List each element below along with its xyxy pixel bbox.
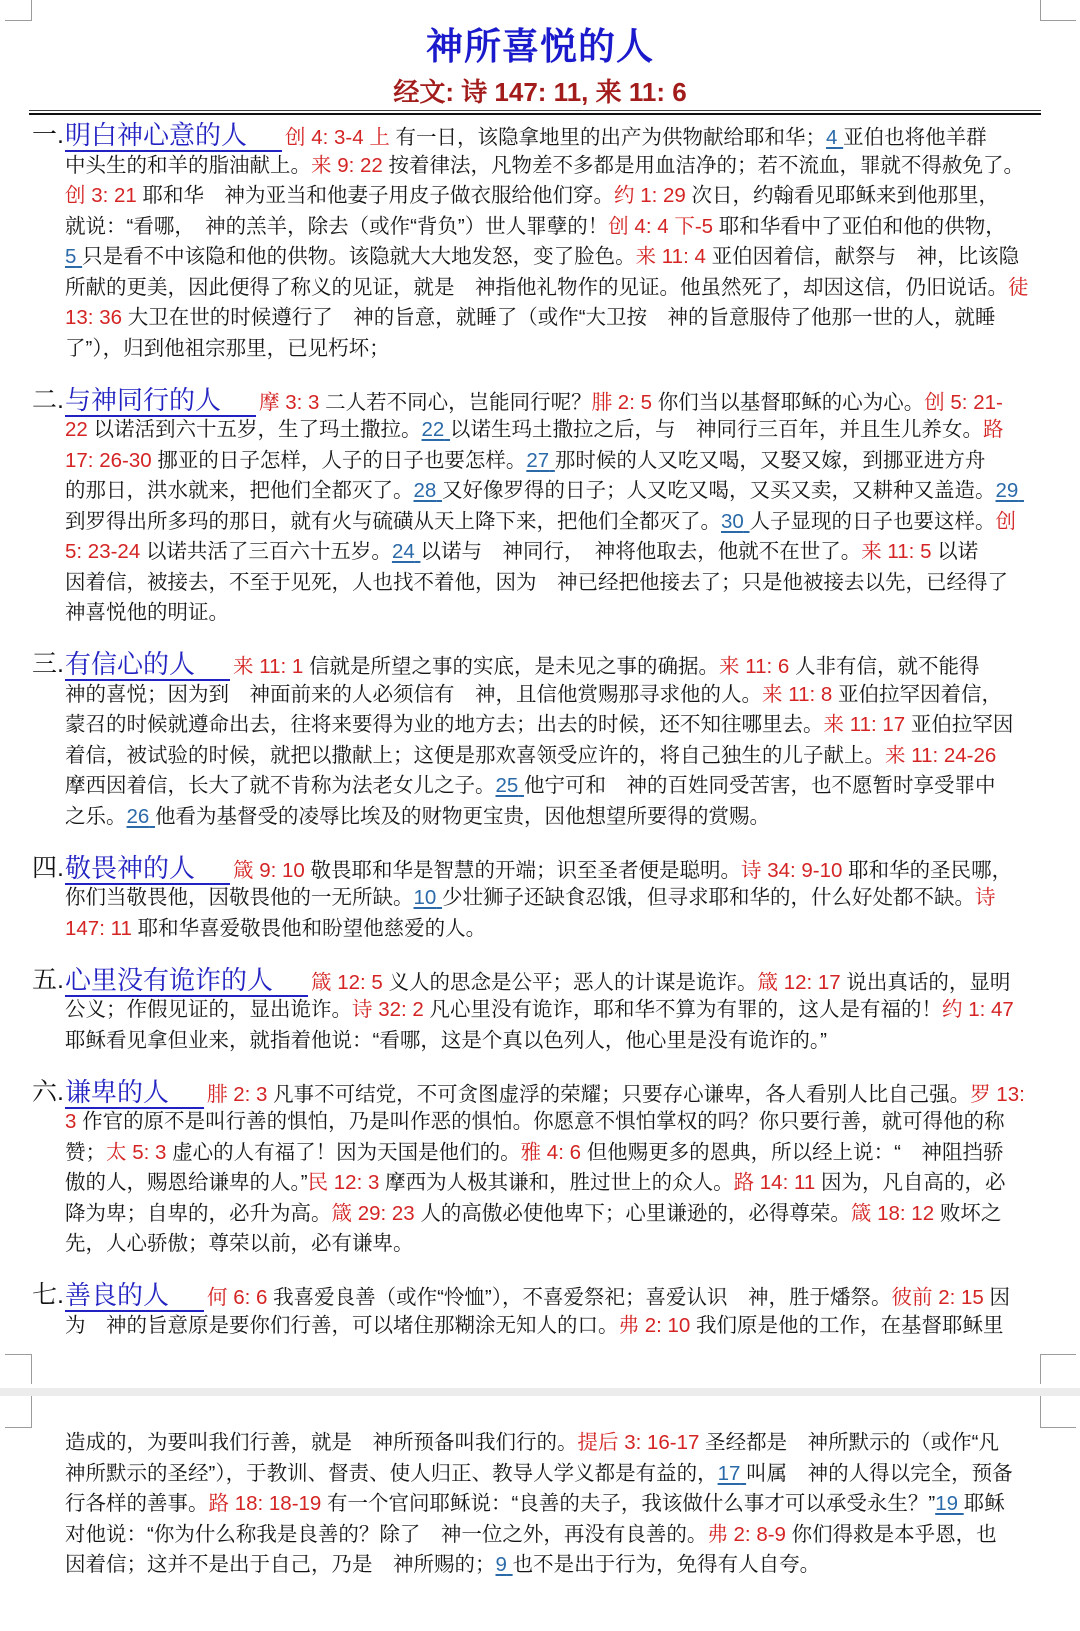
verse-number-link[interactable]: 9 xyxy=(496,1553,513,1576)
text-line: 因着信；这并不是出于自己，乃是 神所赐的；9也不是出于行为，免得有人自夸。 xyxy=(0,1550,1080,1581)
scripture-reference: 诗 34: 9-10 xyxy=(741,859,848,882)
body-text: 人的高傲必使他卑下；心里谦逊的，必得尊荣。 xyxy=(420,1202,851,1225)
scripture-reference: 17: 26-30 xyxy=(65,449,157,472)
margin-corner-mark-top-right xyxy=(1040,1396,1076,1428)
scripture-reference: 13: 36 xyxy=(65,306,128,329)
text-line: 五.心里没有诡诈的人箴 12: 5义人的思念是公平；恶人的计谋是诡诈。箴 12:… xyxy=(0,965,1080,996)
body-text: 亚伯拉罕因 xyxy=(911,713,1014,736)
scripture-reference: 民 12: 3 xyxy=(308,1171,386,1194)
margin-corner-mark-top-right xyxy=(1040,0,1076,21)
scripture-reference: 腓 2: 3 xyxy=(207,1083,273,1106)
text-line: 傲的人，赐恩给谦卑的人。”民 12: 3摩西为人极其谦和，胜过世上的众人。路 1… xyxy=(0,1168,1080,1199)
scripture-reference: 约 1: 29 xyxy=(614,184,692,207)
text-line: 了”），归到他祖宗那里，已见朽坏； xyxy=(0,334,1080,365)
body-text: 少壮狮子还缺食忍饿，但寻求耶和华的，什么好处都不缺。 xyxy=(442,886,975,909)
double-rule-divider xyxy=(29,110,1041,115)
text-line: 147: 11耶和华喜爱敬畏他和盼望他慈爱的人。 xyxy=(0,914,1080,945)
scripture-reference: 创 5: 21- xyxy=(924,391,1003,414)
section-number: 五. xyxy=(32,965,64,996)
section-heading: 有信心的人 xyxy=(65,649,230,681)
body-text: 有一个官问耶稣说：“良善的夫子，我该做什么事才可以承受永生？” xyxy=(327,1492,935,1515)
body-text: 败坏之 xyxy=(940,1202,1002,1225)
body-text: 摩西因着信，长大了就不肯称为法老女儿之子。 xyxy=(65,774,496,797)
body-text: 敬畏耶和华是智慧的开端；识至圣者便是聪明。 xyxy=(311,859,742,882)
text-line: 神所默示的圣经”），于教训、督责、使人归正、教导人学义都是有益的，17叫属 神的… xyxy=(0,1459,1080,1490)
text-line: 中头生的和羊的脂油献上。来 9: 22按着律法，凡物差不多都是用血洁净的；若不流… xyxy=(0,151,1080,182)
scripture-reference: 何 6: 6 xyxy=(207,1286,273,1309)
text-line: 创 3: 21耶和华 神为亚当和他妻子用皮子做衣服给他们穿。约 1: 29次日，… xyxy=(0,181,1080,212)
body-text: 我们原是他的工作，在基督耶稣里 xyxy=(696,1314,1004,1337)
verse-number-link[interactable]: 25 xyxy=(496,774,525,797)
body-text: 因着信，被接去，不至于见死，人也找不着他，因为 神已经把他接去了；只是他被接去以… xyxy=(65,571,1008,594)
text-line: 耶稣看见拿但业来，就指着他说：“看哪，这是个真以色列人，他心里是没有诡诈的。” xyxy=(0,1026,1080,1057)
body-text: 着信，被试验的时候，就把以撒献上；这便是那欢喜领受应许的，将自己独生的儿子献上。 xyxy=(65,744,885,767)
section-number: 四. xyxy=(32,853,64,884)
scripture-reference: 路 14: 11 xyxy=(734,1171,821,1194)
scripture-reference: 来 11: 8 xyxy=(762,683,838,706)
body-text: 了”），归到他祖宗那里，已见朽坏； xyxy=(65,337,390,360)
verse-number-link[interactable]: 27 xyxy=(526,449,555,472)
text-line: 你们当敬畏他，因敬畏他的一无所缺。10少壮狮子还缺食忍饿，但寻求耶和华的，什么好… xyxy=(0,883,1080,914)
text-line: 就说：“看哪， 神的羔羊，除去（或作“背负”）世人罪孽的！创 4: 4 下-5耶… xyxy=(0,212,1080,243)
body-text: 造成的，为要叫我们行善，就是 神所预备叫我们行的。 xyxy=(65,1431,578,1454)
body-text: 但他赐更多的恩典，所以经上说：“ 神阻挡骄 xyxy=(587,1141,1004,1164)
margin-corner-mark-top-left xyxy=(5,1396,32,1428)
body-text: 耶和华的圣民哪， xyxy=(848,859,1012,882)
text-line: 先，人心骄傲；尊荣以前，必有谦卑。 xyxy=(0,1229,1080,1260)
section-heading: 明白神心意的人 xyxy=(65,120,282,152)
page-title: 神所喜悦的人 xyxy=(0,27,1080,67)
section-heading: 谦卑的人 xyxy=(65,1077,204,1109)
scripture-reference: 箴 9: 10 xyxy=(233,859,311,882)
body-text: 的那日，洪水就来，把他们全都灭了。 xyxy=(65,479,414,502)
sections-page-2: 造成的，为要叫我们行善，就是 神所预备叫我们行的。提后 3: 16-17圣经都是… xyxy=(0,1428,1080,1581)
document-page-2: 造成的，为要叫我们行善，就是 神所预备叫我们行的。提后 3: 16-17圣经都是… xyxy=(0,1396,1080,1631)
body-text: 蒙召的时候就遵命出去，往将来要得为业的地方去；出去的时候，还不知往哪里去。 xyxy=(65,713,824,736)
verse-number-link[interactable]: 29 xyxy=(996,479,1025,502)
body-text: 行各样的善事。 xyxy=(65,1492,209,1515)
body-text: 说出真话的，显明 xyxy=(846,971,1010,994)
text-line: 四.敬畏神的人箴 9: 10敬畏耶和华是智慧的开端；识至圣者便是聪明。诗 34:… xyxy=(0,853,1080,884)
text-line: 公义；作假见证的，显出诡诈。诗 32: 2凡心里没有诡诈，耶和华不算为有罪的，这… xyxy=(0,995,1080,1026)
scripture-reference: 徒 xyxy=(1008,276,1029,299)
scripture-reference: 弗 2: 10 xyxy=(619,1314,697,1337)
scripture-reference: 约 1: 47 xyxy=(942,998,1014,1021)
section-heading: 心里没有诡诈的人 xyxy=(65,965,308,997)
text-line: 六.谦卑的人腓 2: 3凡事不可结党，不可贪图虚浮的荣耀；只要存心谦卑，各人看别… xyxy=(0,1077,1080,1108)
body-text: 圣经都是 神所默示的（或作“凡 xyxy=(705,1431,999,1454)
body-text: 按着律法，凡物差不多都是用血洁净的；若不流血，罪就不得赦免了。 xyxy=(389,154,1025,177)
scripture-reference: 箴 29: 23 xyxy=(332,1202,421,1225)
body-text: 因 xyxy=(990,1286,1011,1309)
text-line: 造成的，为要叫我们行善，就是 神所预备叫我们行的。提后 3: 16-17圣经都是… xyxy=(0,1428,1080,1459)
section-continued: 造成的，为要叫我们行善，就是 神所预备叫我们行的。提后 3: 16-17圣经都是… xyxy=(0,1428,1080,1581)
section-number: 六. xyxy=(32,1077,64,1108)
page-separator xyxy=(0,1388,1080,1396)
scripture-reference: 创 4: 4 下-5 xyxy=(608,215,719,238)
scripture-reference: 路 18: 18-19 xyxy=(209,1492,328,1515)
body-text: 作官的原不是叫行善的惧怕，乃是叫作恶的惧怕。你愿意不惧怕掌权的吗？你只要行善，就… xyxy=(82,1110,1005,1133)
body-text: 以诺共活了三百六十五岁。 xyxy=(146,540,392,563)
verse-number-link[interactable]: 28 xyxy=(414,479,443,502)
body-text: 亚伯因着信，献祭与 神，比该隐 xyxy=(712,245,1020,268)
text-line: 神喜悦他的明证。 xyxy=(0,598,1080,629)
scripture-reference: 147: 11 xyxy=(65,917,138,940)
body-text: 耶和华喜爱敬畏他和盼望他慈爱的人。 xyxy=(138,917,487,940)
body-text: 傲的人，赐恩给谦卑的人。” xyxy=(65,1171,308,1194)
verse-number-link[interactable]: 17 xyxy=(718,1462,747,1485)
text-line: 着信，被试验的时候，就把以撒献上；这便是那欢喜领受应许的，将自己独生的儿子献上。… xyxy=(0,741,1080,772)
scripture-reference: 太 5: 3 xyxy=(106,1141,172,1164)
body-text: 有一日，该隐拿地里的出产为供物献给耶和华； xyxy=(396,126,827,149)
body-text: 人子显现的日子也要这样。 xyxy=(750,510,996,533)
scripture-reference: 箴 12: 17 xyxy=(758,971,847,994)
text-line: 神的喜悦；因为到 神面前来的人必须信有 神，且信他赏赐那寻求他的人。来 11: … xyxy=(0,680,1080,711)
verse-number-link[interactable]: 30 xyxy=(721,510,750,533)
body-text: 神的喜悦；因为到 神面前来的人必须信有 神，且信他赏赐那寻求他的人。 xyxy=(65,683,762,706)
body-text: 中头生的和羊的脂油献上。 xyxy=(65,154,311,177)
body-text: 到罗得出所多玛的那日，就有火与硫磺从天上降下来，把他们全都灭了。 xyxy=(65,510,721,533)
margin-corner-mark-bottom-left xyxy=(5,1354,32,1384)
body-text: 信就是所望之事的实底，是未见之事的确据。 xyxy=(309,655,719,678)
document-page-1: 神所喜悦的人 经文: 诗 147: 11, 来 11: 6 一.明白神心意的人创… xyxy=(0,0,1080,1388)
scripture-reference: 5: 23-24 xyxy=(65,540,146,563)
body-text: 叫属 神的人得以完全，预备 xyxy=(746,1462,1013,1485)
body-text: 公义；作假见证的，显出诡诈。 xyxy=(65,998,352,1021)
sections-page-1: 一.明白神心意的人创 4: 3-4 上有一日，该隐拿地里的出产为供物献给耶和华；… xyxy=(0,120,1080,1341)
body-text: 那时候的人又吃又喝，又娶又嫁，到挪亚进方舟 xyxy=(555,449,986,472)
text-line: 降为卑；自卑的，必升为高。箴 29: 23人的高傲必使他卑下；心里谦逊的，必得尊… xyxy=(0,1199,1080,1230)
body-text: 耶和华 神为亚当和他妻子用皮子做衣服给他们穿。 xyxy=(143,184,615,207)
text-line: 之乐。26他看为基督受的凌辱比埃及的财物更宝贵，因他想望所要得的赏赐。 xyxy=(0,802,1080,833)
verse-number-link[interactable]: 22 xyxy=(422,418,451,441)
text-line: 到罗得出所多玛的那日，就有火与硫磺从天上降下来，把他们全都灭了。30人子显现的日… xyxy=(0,507,1080,538)
text-line: 所献的更美，因此便得了称义的见证，就是 神指他礼物作的见证。他虽然死了，却因这信… xyxy=(0,273,1080,304)
scripture-reference: 来 11: 4 xyxy=(636,245,712,268)
section: 二.与神同行的人摩 3: 3二人若不同心，岂能同行呢？腓 2: 5你们当以基督耶… xyxy=(0,385,1080,629)
body-text: 耶稣看见拿但业来，就指着他说：“看哪，这是个真以色列人，他心里是没有诡诈的。” xyxy=(65,1029,827,1052)
scripture-reference: 诗 xyxy=(975,886,996,909)
margin-corner-mark-top-left xyxy=(5,0,32,21)
body-text: 耶稣 xyxy=(964,1492,1005,1515)
scripture-reference: 罗 13: xyxy=(970,1083,1025,1106)
section-number: 一. xyxy=(32,120,64,151)
text-line: 5只是看不中该隐和他的供物。该隐就大大地发怒，变了脸色。来 11: 4亚伯因着信… xyxy=(0,242,1080,273)
verse-number-link[interactable]: 4 xyxy=(826,126,843,149)
text-line: 17: 26-30挪亚的日子怎样，人子的日子也要怎样。27那时候的人又吃又喝，又… xyxy=(0,446,1080,477)
text-line: 对他说：“你为什么称我是良善的？除了 神一位之外，再没有良善的。弗 2: 8-9… xyxy=(0,1520,1080,1551)
scripture-reference: 诗 32: 2 xyxy=(352,998,430,1021)
text-line: 因着信，被接去，不至于见死，人也找不着他，因为 神已经把他接去了；只是他被接去以… xyxy=(0,568,1080,599)
section: 四.敬畏神的人箴 9: 10敬畏耶和华是智慧的开端；识至圣者便是聪明。诗 34:… xyxy=(0,853,1080,945)
body-text: 摩西为人极其谦和，胜过世上的众人。 xyxy=(385,1171,734,1194)
section: 六.谦卑的人腓 2: 3凡事不可结党，不可贪图虚浮的荣耀；只要存心谦卑，各人看别… xyxy=(0,1077,1080,1260)
section-heading: 善良的人 xyxy=(65,1280,204,1312)
body-text: 我喜爱良善（或作“怜恤”），不喜爱祭祀；喜爱认识 神，胜于燔祭。 xyxy=(273,1286,891,1309)
scripture-reference: 来 11: 17 xyxy=(824,713,911,736)
section: 五.心里没有诡诈的人箴 12: 5义人的思念是公平；恶人的计谋是诡诈。箴 12:… xyxy=(0,965,1080,1057)
body-text: 神喜悦他的明证。 xyxy=(65,601,229,624)
text-line: 13: 36大卫在世的时候遵行了 神的旨意，就睡了（或作“大卫按 神的旨意服侍了… xyxy=(0,303,1080,334)
scripture-reference: 雅 4: 6 xyxy=(521,1141,587,1164)
text-line: 为 神的旨意原是要你们行善，可以堵住那糊涂无知人的口。弗 2: 10我们原是他的… xyxy=(0,1311,1080,1342)
body-text: 为 神的旨意原是要你们行善，可以堵住那糊涂无知人的口。 xyxy=(65,1314,619,1337)
body-text: 义人的思念是公平；恶人的计谋是诡诈。 xyxy=(389,971,758,994)
scripture-reference: 路 xyxy=(983,418,1004,441)
body-text: 他宁可和 神的百姓同受苦害，也不愿暂时享受罪中 xyxy=(524,774,996,797)
scripture-reference: 创 3: 21 xyxy=(65,184,143,207)
scripture-reference: 弗 2: 8-9 xyxy=(707,1523,791,1546)
text-line: 的那日，洪水就来，把他们全都灭了。28又好像罗得的日子；人又吃又喝，又买又卖，又… xyxy=(0,476,1080,507)
scripture-reference: 来 9: 22 xyxy=(311,154,389,177)
text-line: 三.有信心的人来 11: 1信就是所望之事的实底，是未见之事的确据。来 11: … xyxy=(0,649,1080,680)
section: 三.有信心的人来 11: 1信就是所望之事的实底，是未见之事的确据。来 11: … xyxy=(0,649,1080,832)
section-heading: 敬畏神的人 xyxy=(65,853,230,885)
body-text: 之乐。 xyxy=(65,805,127,828)
body-text: 因为，凡自高的，必 xyxy=(821,1171,1006,1194)
scripture-reference: 提后 3: 16-17 xyxy=(578,1431,706,1454)
body-text: 就说：“看哪， 神的羔羊，除去（或作“背负”）世人罪孽的！ xyxy=(65,215,608,238)
body-text: 虚心的人有福了！因为天国是他们的。 xyxy=(172,1141,521,1164)
body-text: 耶和华看中了亚伯和他的供物， xyxy=(719,215,1006,238)
text-line: 3作官的原不是叫行善的惧怕，乃是叫作恶的惧怕。你愿意不惧怕掌权的吗？你只要行善，… xyxy=(0,1107,1080,1138)
body-text: 你们得救是本乎恩，也 xyxy=(792,1523,997,1546)
body-text: 也不是出于行为，免得有人自夸。 xyxy=(513,1553,821,1576)
body-text: 你们当敬畏他，因敬畏他的一无所缺。 xyxy=(65,886,414,909)
section-number: 二. xyxy=(32,385,64,416)
body-text: 他看为基督受的凌辱比埃及的财物更宝贵，因他想望所要得的赏赐。 xyxy=(155,805,770,828)
body-text: 次日，约翰看见耶稣来到他那里， xyxy=(692,184,1000,207)
text-line: 行各样的善事。路 18: 18-19有一个官问耶稣说：“良善的夫子，我该做什么事… xyxy=(0,1489,1080,1520)
body-text: 因着信；这并不是出于自己，乃是 神所赐的； xyxy=(65,1553,496,1576)
text-line: 摩西因着信，长大了就不肯称为法老女儿之子。25他宁可和 神的百姓同受苦害，也不愿… xyxy=(0,771,1080,802)
scripture-subtitle: 经文: 诗 147: 11, 来 11: 6 xyxy=(0,78,1080,106)
body-text: 神所默示的圣经”），于教训、督责、使人归正、教导人学义都是有益的， xyxy=(65,1462,718,1485)
scripture-reference: 彼前 2: 15 xyxy=(892,1286,990,1309)
section-number: 三. xyxy=(32,649,64,680)
section: 一.明白神心意的人创 4: 3-4 上有一日，该隐拿地里的出产为供物献给耶和华；… xyxy=(0,120,1080,364)
text-line: 一.明白神心意的人创 4: 3-4 上有一日，该隐拿地里的出产为供物献给耶和华；… xyxy=(0,120,1080,151)
section: 七.善良的人何 6: 6我喜爱良善（或作“怜恤”），不喜爱祭祀；喜爱认识 神，胜… xyxy=(0,1280,1080,1341)
body-text: 降为卑；自卑的，必升为高。 xyxy=(65,1202,332,1225)
margin-corner-mark-bottom-right xyxy=(1040,1354,1076,1384)
body-text: 二人若不同心，岂能同行呢？ xyxy=(325,391,592,414)
text-line: 七.善良的人何 6: 6我喜爱良善（或作“怜恤”），不喜爱祭祀；喜爱认识 神，胜… xyxy=(0,1280,1080,1311)
body-text: 所献的更美，因此便得了称义的见证，就是 神指他礼物作的见证。他虽然死了，却因这信… xyxy=(65,276,1008,299)
scripture-reference: 腓 2: 5 xyxy=(592,391,658,414)
text-line: 22以诺活到六十五岁，生了玛土撒拉。22以诺生玛土撒拉之后，与 神同行三百年，并… xyxy=(0,415,1080,446)
scripture-reference: 3 xyxy=(65,1110,82,1133)
body-text: 以诺生玛土撒拉之后，与 神同行三百年，并且生儿养女。 xyxy=(450,418,983,441)
body-text: 对他说：“你为什么称我是良善的？除了 神一位之外，再没有良善的。 xyxy=(65,1523,707,1546)
body-text: 只是看不中该隐和他的供物。该隐就大大地发怒，变了脸色。 xyxy=(82,245,636,268)
body-text: 人非有信，就不能得 xyxy=(795,655,980,678)
text-line: 蒙召的时候就遵命出去，往将来要得为业的地方去；出去的时候，还不知往哪里去。来 1… xyxy=(0,710,1080,741)
scripture-reference: 来 11: 6 xyxy=(719,655,795,678)
body-text: 以诺活到六十五岁，生了玛土撒拉。 xyxy=(94,418,422,441)
body-text: 以诺 xyxy=(937,540,978,563)
body-text: 以诺与 神同行， 神将他取去，他就不在世了。 xyxy=(420,540,861,563)
body-text: 大卫在世的时候遵行了 神的旨意，就睡了（或作“大卫按 神的旨意服侍了他那一世的人… xyxy=(128,306,996,329)
text-line: 二.与神同行的人摩 3: 3二人若不同心，岂能同行呢？腓 2: 5你们当以基督耶… xyxy=(0,385,1080,416)
section-number: 七. xyxy=(32,1280,64,1311)
body-text: 你们当以基督耶稣的心为心。 xyxy=(658,391,925,414)
scripture-reference: 创 4: 3-4 上 xyxy=(285,126,396,149)
verse-number-link[interactable]: 5 xyxy=(65,245,82,268)
scripture-reference: 来 11: 1 xyxy=(233,655,309,678)
body-text: 又好像罗得的日子；人又吃又喝，又买又卖，又耕种又盖造。 xyxy=(442,479,996,502)
verse-number-link[interactable]: 10 xyxy=(414,886,443,909)
scripture-reference: 箴 12: 5 xyxy=(311,971,389,994)
scripture-reference: 箴 18: 12 xyxy=(851,1202,940,1225)
body-text: 凡事不可结党，不可贪图虚浮的荣耀；只要存心谦卑，各人看别人比自己强。 xyxy=(273,1083,970,1106)
scripture-reference: 来 11: 5 xyxy=(861,540,937,563)
verse-number-link[interactable]: 26 xyxy=(127,805,156,828)
body-text: 亚伯也将他羊群 xyxy=(843,126,987,149)
section-heading: 与神同行的人 xyxy=(65,385,256,417)
scripture-reference: 创 xyxy=(996,510,1017,533)
text-line: 赞；太 5: 3虚心的人有福了！因为天国是他们的。雅 4: 6但他赐更多的恩典，… xyxy=(0,1138,1080,1169)
verse-number-link[interactable]: 24 xyxy=(392,540,421,563)
scripture-reference: 来 11: 24-26 xyxy=(885,744,996,767)
body-text: 先，人心骄傲；尊荣以前，必有谦卑。 xyxy=(65,1232,414,1255)
body-text: 凡心里没有诡诈，耶和华不算为有罪的，这人是有福的！ xyxy=(430,998,943,1021)
text-line: 5: 23-24以诺共活了三百六十五岁。24以诺与 神同行， 神将他取去，他就不… xyxy=(0,537,1080,568)
scripture-reference: 摩 3: 3 xyxy=(259,391,325,414)
body-text: 挪亚的日子怎样，人子的日子也要怎样。 xyxy=(157,449,526,472)
body-text: 亚伯拉罕因着信， xyxy=(838,683,1002,706)
verse-number-link[interactable]: 19 xyxy=(935,1492,964,1515)
scripture-reference: 22 xyxy=(65,418,94,441)
body-text: 赞； xyxy=(65,1141,106,1164)
